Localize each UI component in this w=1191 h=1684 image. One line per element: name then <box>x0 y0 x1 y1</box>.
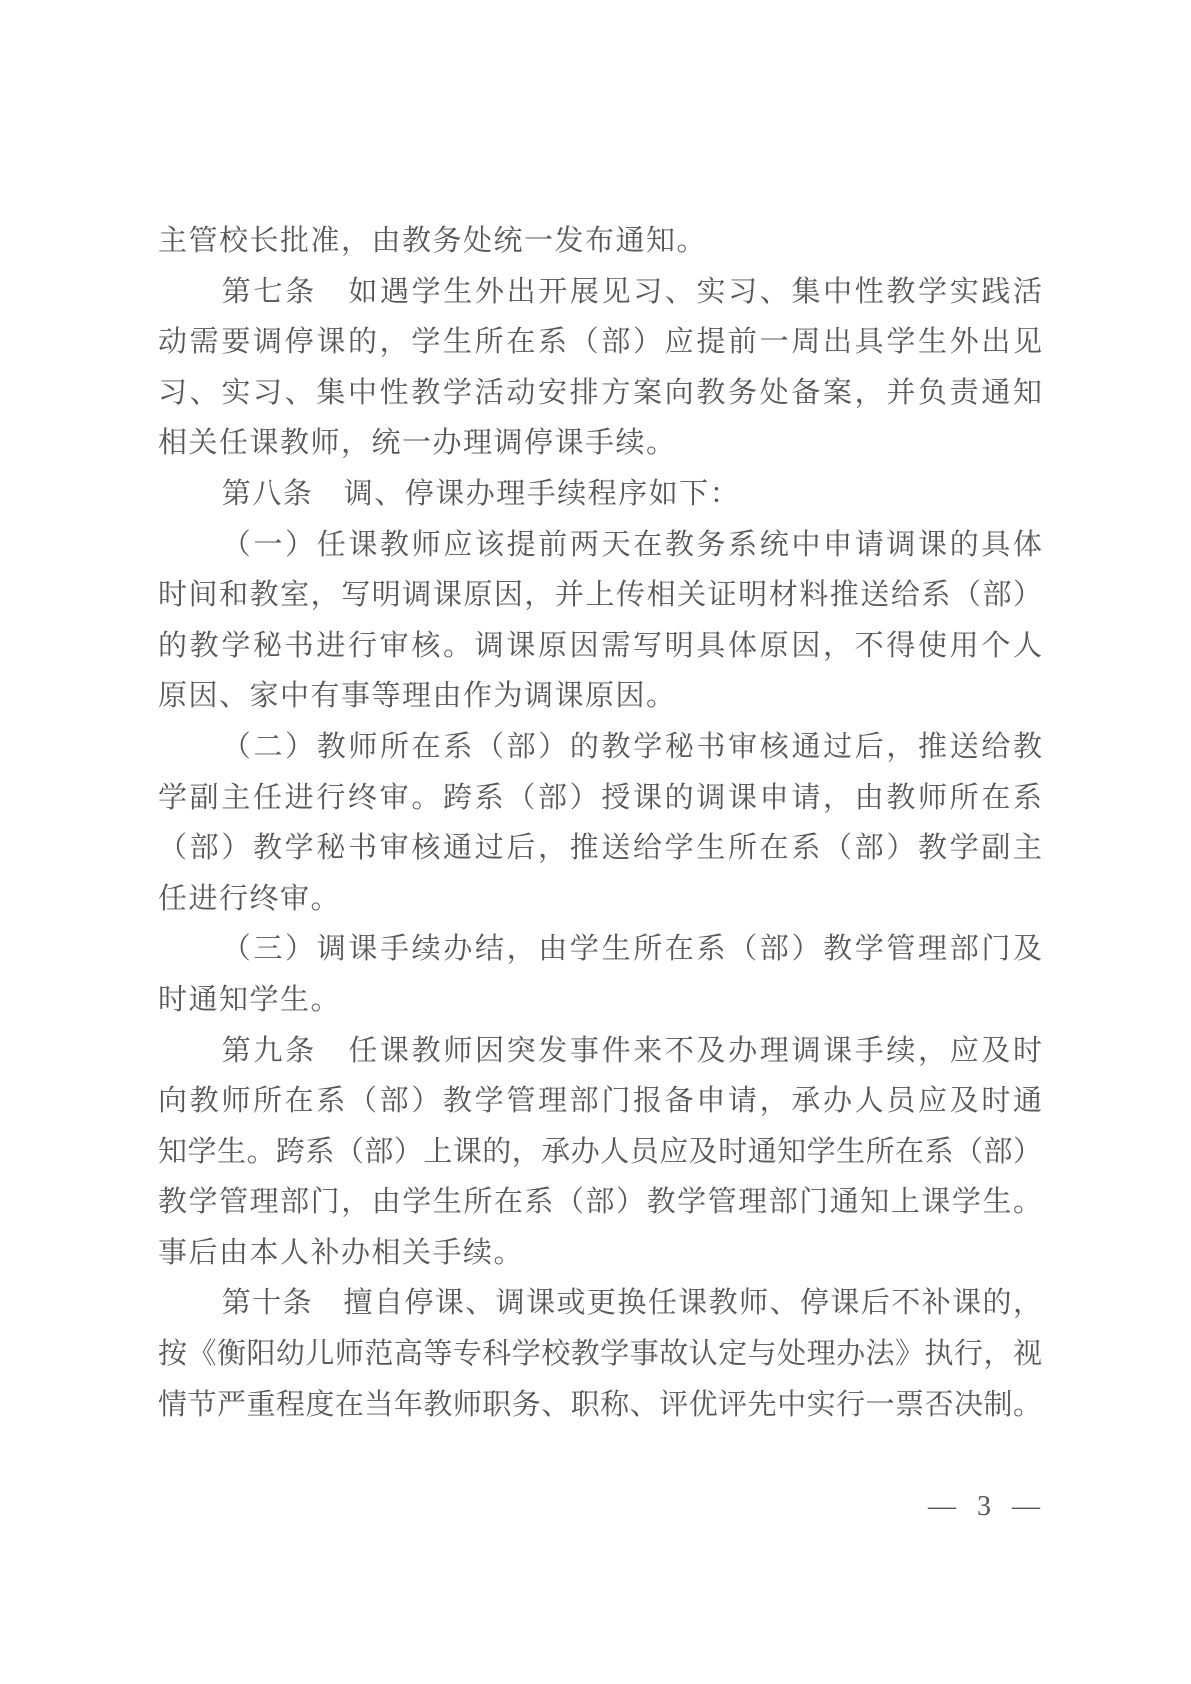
text-line: 学副主任进行终审。跨系（部）授课的调课申请，由教师所在系 <box>158 773 1042 824</box>
text-line: 动需要调停课的，学生所在系（部）应提前一周出具学生外出见 <box>158 317 1042 368</box>
page-number: — 3 — <box>928 1490 1042 1524</box>
text-line: 向教师所在系（部）教学管理部门报备申请，承办人员应及时通 <box>158 1076 1042 1127</box>
text-line: 第十条 擅自停课、调课或更换任课教师、停课后不补课的， <box>158 1278 1042 1329</box>
text-line: 第八条 调、停课办理手续程序如下： <box>158 469 1042 520</box>
text-line: 主管校长批准，由教务处统一发布通知。 <box>158 216 1042 267</box>
text-line: 任进行终审。 <box>158 874 1042 925</box>
document-page: 主管校长批准，由教务处统一发布通知。第七条 如遇学生外出开展见习、实习、集中性教… <box>0 0 1191 1684</box>
text-line: 知学生。跨系（部）上课的，承办人员应及时通知学生所在系（部） <box>158 1127 1042 1178</box>
text-line: 按《衡阳幼儿师范高等专科学校教学事故认定与处理办法》执行，视 <box>158 1329 1042 1380</box>
text-line: （二）教师所在系（部）的教学秘书审核通过后，推送给教 <box>158 722 1042 773</box>
text-line: 习、实习、集中性教学活动安排方案向教务处备案，并负责通知 <box>158 368 1042 419</box>
text-line: 事后由本人补办相关手续。 <box>158 1228 1042 1279</box>
text-line: （三）调课手续办结，由学生所在系（部）教学管理部门及 <box>158 924 1042 975</box>
document-body: 主管校长批准，由教务处统一发布通知。第七条 如遇学生外出开展见习、实习、集中性教… <box>158 216 1042 1430</box>
text-line: 的教学秘书进行审核。调课原因需写明具体原因，不得使用个人 <box>158 621 1042 672</box>
text-line: 时通知学生。 <box>158 975 1042 1026</box>
text-line: 第九条 任课教师因突发事件来不及办理调课手续，应及时 <box>158 1026 1042 1077</box>
text-line: 原因、家中有事等理由作为调课原因。 <box>158 671 1042 722</box>
text-line: 教学管理部门，由学生所在系（部）教学管理部门通知上课学生。 <box>158 1177 1042 1228</box>
text-line: （一）任课教师应该提前两天在教务系统中申请调课的具体 <box>158 520 1042 571</box>
text-line: 情节严重程度在当年教师职务、职称、评优评先中实行一票否决制。 <box>158 1380 1042 1431</box>
text-line: 第七条 如遇学生外出开展见习、实习、集中性教学实践活 <box>158 267 1042 318</box>
text-line: 相关任课教师，统一办理调停课手续。 <box>158 418 1042 469</box>
text-line: 时间和教室，写明调课原因，并上传相关证明材料推送给系（部） <box>158 570 1042 621</box>
text-line: （部）教学秘书审核通过后，推送给学生所在系（部）教学副主 <box>158 823 1042 874</box>
